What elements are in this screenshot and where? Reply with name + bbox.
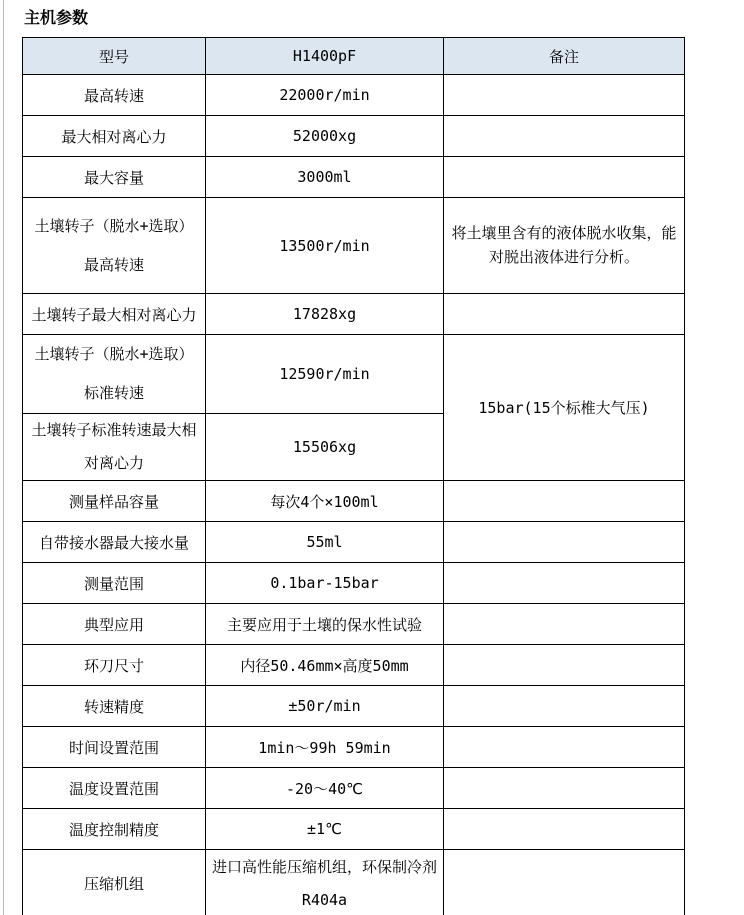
- param-cell: 温度控制精度: [23, 809, 206, 850]
- note-line: 将土壤里含有的液体脱水收集，能: [448, 222, 680, 245]
- value-cell: 55ml: [206, 522, 444, 563]
- value-cell: ±1℃: [206, 809, 444, 850]
- param-cell: 时间设置范围: [23, 727, 206, 768]
- page-edge-line: [3, 0, 4, 915]
- value-line: 进口高性能压缩机组，环保制冷剂: [210, 851, 439, 884]
- value-cell: 1min～99h 59min: [206, 727, 444, 768]
- note-cell: [444, 604, 685, 645]
- parameters-table: 型号 H1400pF 备注 最高转速 22000r/min 最大相对离心力 52…: [22, 37, 685, 915]
- value-cell: 22000r/min: [206, 75, 444, 116]
- table-row: 土壤转子（脱水+选取） 最高转速 13500r/min 将土壤里含有的液体脱水收…: [23, 198, 685, 294]
- note-cell: [444, 75, 685, 116]
- param-cell: 典型应用: [23, 604, 206, 645]
- note-line: 对脱出液体进行分析。: [448, 246, 680, 269]
- note-cell: [444, 686, 685, 727]
- table-row: 测量范围 0.1bar-15bar: [23, 563, 685, 604]
- note-cell: [444, 116, 685, 157]
- table-row: 典型应用 主要应用于土壤的保水性试验: [23, 604, 685, 645]
- param-cell: 土壤转子最大相对离心力: [23, 294, 206, 335]
- note-cell: [444, 522, 685, 563]
- table-row: 最大容量 3000ml: [23, 157, 685, 198]
- param-cell: 最大容量: [23, 157, 206, 198]
- param-line: 土壤转子（脱水+选取）: [27, 207, 201, 246]
- param-cell: 转速精度: [23, 686, 206, 727]
- param-cell: 自带接水器最大接水量: [23, 522, 206, 563]
- value-cell: ±50r/min: [206, 686, 444, 727]
- note-cell-merged: 15bar(15个标椎大气压): [444, 335, 685, 481]
- note-cell: [444, 645, 685, 686]
- table-row: 土壤转子（脱水+选取） 标准转速 12590r/min 15bar(15个标椎大…: [23, 335, 685, 414]
- value-cell: -20～40℃: [206, 768, 444, 809]
- header-cell-model: 型号: [23, 38, 206, 75]
- param-cell: 土壤转子标准转速最大相 对离心力: [23, 414, 206, 481]
- param-cell: 最大相对离心力: [23, 116, 206, 157]
- header-cell-value: H1400pF: [206, 38, 444, 75]
- table-header-row: 型号 H1400pF 备注: [23, 38, 685, 75]
- table-row: 温度设置范围 -20～40℃: [23, 768, 685, 809]
- value-cell: 进口高性能压缩机组，环保制冷剂 R404a: [206, 850, 444, 915]
- note-cell: 将土壤里含有的液体脱水收集，能 对脱出液体进行分析。: [444, 198, 685, 294]
- value-cell: 17828xg: [206, 294, 444, 335]
- param-cell: 温度设置范围: [23, 768, 206, 809]
- note-cell: [444, 768, 685, 809]
- note-cell: [444, 157, 685, 198]
- param-cell: 土壤转子（脱水+选取） 标准转速: [23, 335, 206, 414]
- note-cell: [444, 809, 685, 850]
- table-row: 温度控制精度 ±1℃: [23, 809, 685, 850]
- param-line: 土壤转子标准转速最大相: [27, 414, 201, 447]
- value-line: R404a: [210, 884, 439, 915]
- page-title: 主机参数: [24, 5, 744, 28]
- value-cell: 0.1bar-15bar: [206, 563, 444, 604]
- note-cell: [444, 481, 685, 522]
- param-line: 对离心力: [27, 447, 201, 480]
- value-cell: 3000ml: [206, 157, 444, 198]
- param-line: 最高转速: [27, 246, 201, 285]
- note-cell: [444, 850, 685, 915]
- table-row: 土壤转子最大相对离心力 17828xg: [23, 294, 685, 335]
- param-cell: 测量样品容量: [23, 481, 206, 522]
- note-cell: [444, 727, 685, 768]
- note-cell: [444, 563, 685, 604]
- table-row: 时间设置范围 1min～99h 59min: [23, 727, 685, 768]
- value-cell: 13500r/min: [206, 198, 444, 294]
- value-cell: 每次4个×100ml: [206, 481, 444, 522]
- param-cell: 土壤转子（脱水+选取） 最高转速: [23, 198, 206, 294]
- table-row: 压缩机组 进口高性能压缩机组，环保制冷剂 R404a: [23, 850, 685, 915]
- param-cell: 测量范围: [23, 563, 206, 604]
- param-cell: 压缩机组: [23, 850, 206, 915]
- table-row: 自带接水器最大接水量 55ml: [23, 522, 685, 563]
- value-cell: 内径50.46mm×高度50mm: [206, 645, 444, 686]
- value-cell: 52000xg: [206, 116, 444, 157]
- value-cell: 主要应用于土壤的保水性试验: [206, 604, 444, 645]
- note-cell: [444, 294, 685, 335]
- table-row: 转速精度 ±50r/min: [23, 686, 685, 727]
- table-row: 最高转速 22000r/min: [23, 75, 685, 116]
- header-cell-note: 备注: [444, 38, 685, 75]
- table-row: 测量样品容量 每次4个×100ml: [23, 481, 685, 522]
- value-cell: 12590r/min: [206, 335, 444, 414]
- param-line: 土壤转子（脱水+选取）: [27, 335, 201, 374]
- table-row: 环刀尺寸 内径50.46mm×高度50mm: [23, 645, 685, 686]
- table-row: 最大相对离心力 52000xg: [23, 116, 685, 157]
- value-cell: 15506xg: [206, 414, 444, 481]
- param-line: 标准转速: [27, 374, 201, 413]
- param-cell: 环刀尺寸: [23, 645, 206, 686]
- param-cell: 最高转速: [23, 75, 206, 116]
